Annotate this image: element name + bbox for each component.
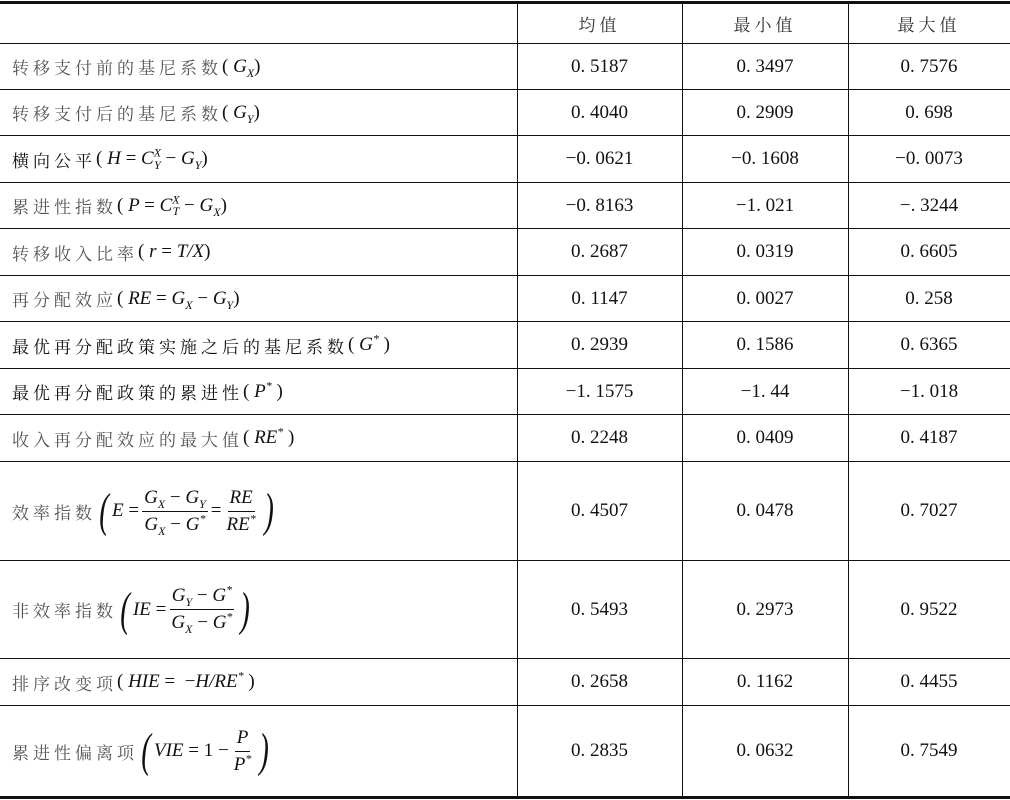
row-formula: GY: [228, 102, 253, 124]
row-label: 非效率指数 ( IE = GY − G*GX − G* ): [12, 561, 512, 658]
table-row: 累进性偏离项 ( VIE = 1 − PP* ) 0. 2835 0. 0632…: [0, 706, 1010, 796]
row-label: 累进性偏离项 ( VIE = 1 − PP* ): [12, 706, 512, 796]
cell-mean: 0. 1147: [517, 276, 682, 321]
cell-max: 0. 9522: [848, 561, 1010, 658]
row-label-text: 转移支付前的基尼系数: [12, 54, 222, 79]
cell-max: 0. 6365: [848, 322, 1010, 368]
statistics-table: 均值 最小值 最大值 转移支付前的基尼系数( GX) 0. 5187 0. 34…: [0, 0, 1010, 800]
cell-mean: −1. 1575: [517, 369, 682, 414]
row-formula: GX: [228, 56, 254, 78]
row-label: 排序改变项( HIE = −H/RE* ): [12, 659, 512, 705]
row-label: 再分配效应( RE = GX − GY): [12, 276, 512, 321]
cell-mean: 0. 2687: [517, 229, 682, 275]
row-label: 收入再分配效应的最大值( RE* ): [12, 415, 512, 461]
cell-min: 0. 2909: [682, 90, 848, 135]
row-label-text: 排序改变项: [12, 670, 117, 695]
cell-max: 0. 4455: [848, 659, 1010, 705]
cell-min: 0. 0478: [682, 462, 848, 560]
row-formula: ( VIE = 1 − PP* ): [138, 727, 272, 776]
cell-max: −. 3244: [848, 183, 1010, 228]
table-row: 转移收入比率( r = T/X) 0. 2687 0. 0319 0. 6605: [0, 229, 1010, 275]
row-formula: H = CXY − GY: [102, 148, 201, 170]
row-formula: r = T/X: [144, 241, 204, 263]
header-mean: 均值: [517, 4, 682, 43]
cell-min: −1. 44: [682, 369, 848, 414]
row-label-text: 转移收入比率: [12, 240, 138, 265]
cell-max: 0. 6605: [848, 229, 1010, 275]
cell-min: 0. 3497: [682, 44, 848, 89]
cell-mean: 0. 4507: [517, 462, 682, 560]
table-row: 非效率指数 ( IE = GY − G*GX − G* ) 0. 5493 0.…: [0, 561, 1010, 658]
table-row: 累进性指数( P = CXT − GX) −0. 8163 −1. 021 −.…: [0, 183, 1010, 228]
cell-mean: −0. 8163: [517, 183, 682, 228]
row-label: 累进性指数( P = CXT − GX): [12, 183, 512, 228]
row-formula: ( E = GX − GYGX − G* = RERE* ): [96, 487, 277, 536]
row-label: 最优再分配政策的累进性( P* ): [12, 369, 512, 414]
table-row: 最优再分配政策实施之后的基尼系数( G* ) 0. 2939 0. 1586 0…: [0, 322, 1010, 368]
header-min: 最小值: [682, 4, 848, 43]
bottom-rule: [0, 796, 1010, 799]
cell-mean: 0. 4040: [517, 90, 682, 135]
cell-max: 0. 698: [848, 90, 1010, 135]
header-mean-label: 均值: [579, 11, 621, 36]
row-label: 横向公平( H = CXY − GY): [12, 136, 512, 182]
cell-min: 0. 0409: [682, 415, 848, 461]
cell-mean: 0. 2835: [517, 706, 682, 796]
header-min-label: 最小值: [734, 11, 797, 36]
table-row: 收入再分配效应的最大值( RE* ) 0. 2248 0. 0409 0. 41…: [0, 415, 1010, 461]
row-label-text: 转移支付后的基尼系数: [12, 100, 222, 125]
table-row: 排序改变项( HIE = −H/RE* ) 0. 2658 0. 1162 0.…: [0, 659, 1010, 705]
cell-min: 0. 1162: [682, 659, 848, 705]
cell-min: 0. 0319: [682, 229, 848, 275]
row-label-text: 非效率指数: [12, 597, 117, 622]
cell-min: 0. 0632: [682, 706, 848, 796]
row-formula: RE = GX − GY: [123, 288, 233, 310]
row-label: 最优再分配政策实施之后的基尼系数( G* ): [12, 322, 512, 368]
table-row: 横向公平( H = CXY − GY) −0. 0621 −0. 1608 −0…: [0, 136, 1010, 182]
cell-min: 0. 0027: [682, 276, 848, 321]
cell-mean: 0. 5187: [517, 44, 682, 89]
row-label-text: 累进性偏离项: [12, 739, 138, 764]
row-label-text: 横向公平: [12, 147, 96, 172]
cell-min: −0. 1608: [682, 136, 848, 182]
row-label-text: 最优再分配政策实施之后的基尼系数: [12, 333, 348, 358]
row-label-text: 最优再分配政策的累进性: [12, 379, 243, 404]
cell-mean: −0. 0621: [517, 136, 682, 182]
row-formula: G*: [354, 334, 383, 356]
row-label-text: 再分配效应: [12, 286, 117, 311]
header-row: 均值 最小值 最大值: [0, 4, 1010, 43]
cell-max: −0. 0073: [848, 136, 1010, 182]
cell-min: 0. 2973: [682, 561, 848, 658]
row-formula: P = CXT − GX: [123, 195, 220, 217]
row-formula: ( IE = GY − G*GX − G* ): [117, 585, 253, 634]
cell-mean: 0. 2939: [517, 322, 682, 368]
header-max-label: 最大值: [898, 11, 961, 36]
row-label: 转移支付后的基尼系数( GY): [12, 90, 512, 135]
cell-max: 0. 258: [848, 276, 1010, 321]
row-formula: RE*: [249, 427, 288, 449]
row-label: 转移收入比率( r = T/X): [12, 229, 512, 275]
header-max: 最大值: [848, 4, 1010, 43]
row-label-text: 累进性指数: [12, 193, 117, 218]
row-label-text: 收入再分配效应的最大值: [12, 426, 243, 451]
cell-max: 0. 7027: [848, 462, 1010, 560]
row-formula: HIE = −H/RE*: [123, 671, 248, 693]
table-row: 转移支付前的基尼系数( GX) 0. 5187 0. 3497 0. 7576: [0, 44, 1010, 89]
table-row: 转移支付后的基尼系数( GY) 0. 4040 0. 2909 0. 698: [0, 90, 1010, 135]
row-formula: P*: [249, 381, 276, 403]
cell-min: 0. 1586: [682, 322, 848, 368]
cell-min: −1. 021: [682, 183, 848, 228]
cell-max: 0. 7576: [848, 44, 1010, 89]
table-row: 最优再分配政策的累进性( P* ) −1. 1575 −1. 44 −1. 01…: [0, 369, 1010, 414]
row-label-text: 效率指数: [12, 499, 96, 524]
table-row: 效率指数 ( E = GX − GYGX − G* = RERE* ) 0. 4…: [0, 462, 1010, 560]
row-label: 效率指数 ( E = GX − GYGX − G* = RERE* ): [12, 462, 512, 560]
cell-mean: 0. 5493: [517, 561, 682, 658]
cell-max: 0. 7549: [848, 706, 1010, 796]
cell-mean: 0. 2658: [517, 659, 682, 705]
table-row: 再分配效应( RE = GX − GY) 0. 1147 0. 0027 0. …: [0, 276, 1010, 321]
cell-max: −1. 018: [848, 369, 1010, 414]
row-label: 转移支付前的基尼系数( GX): [12, 44, 512, 89]
cell-mean: 0. 2248: [517, 415, 682, 461]
cell-max: 0. 4187: [848, 415, 1010, 461]
